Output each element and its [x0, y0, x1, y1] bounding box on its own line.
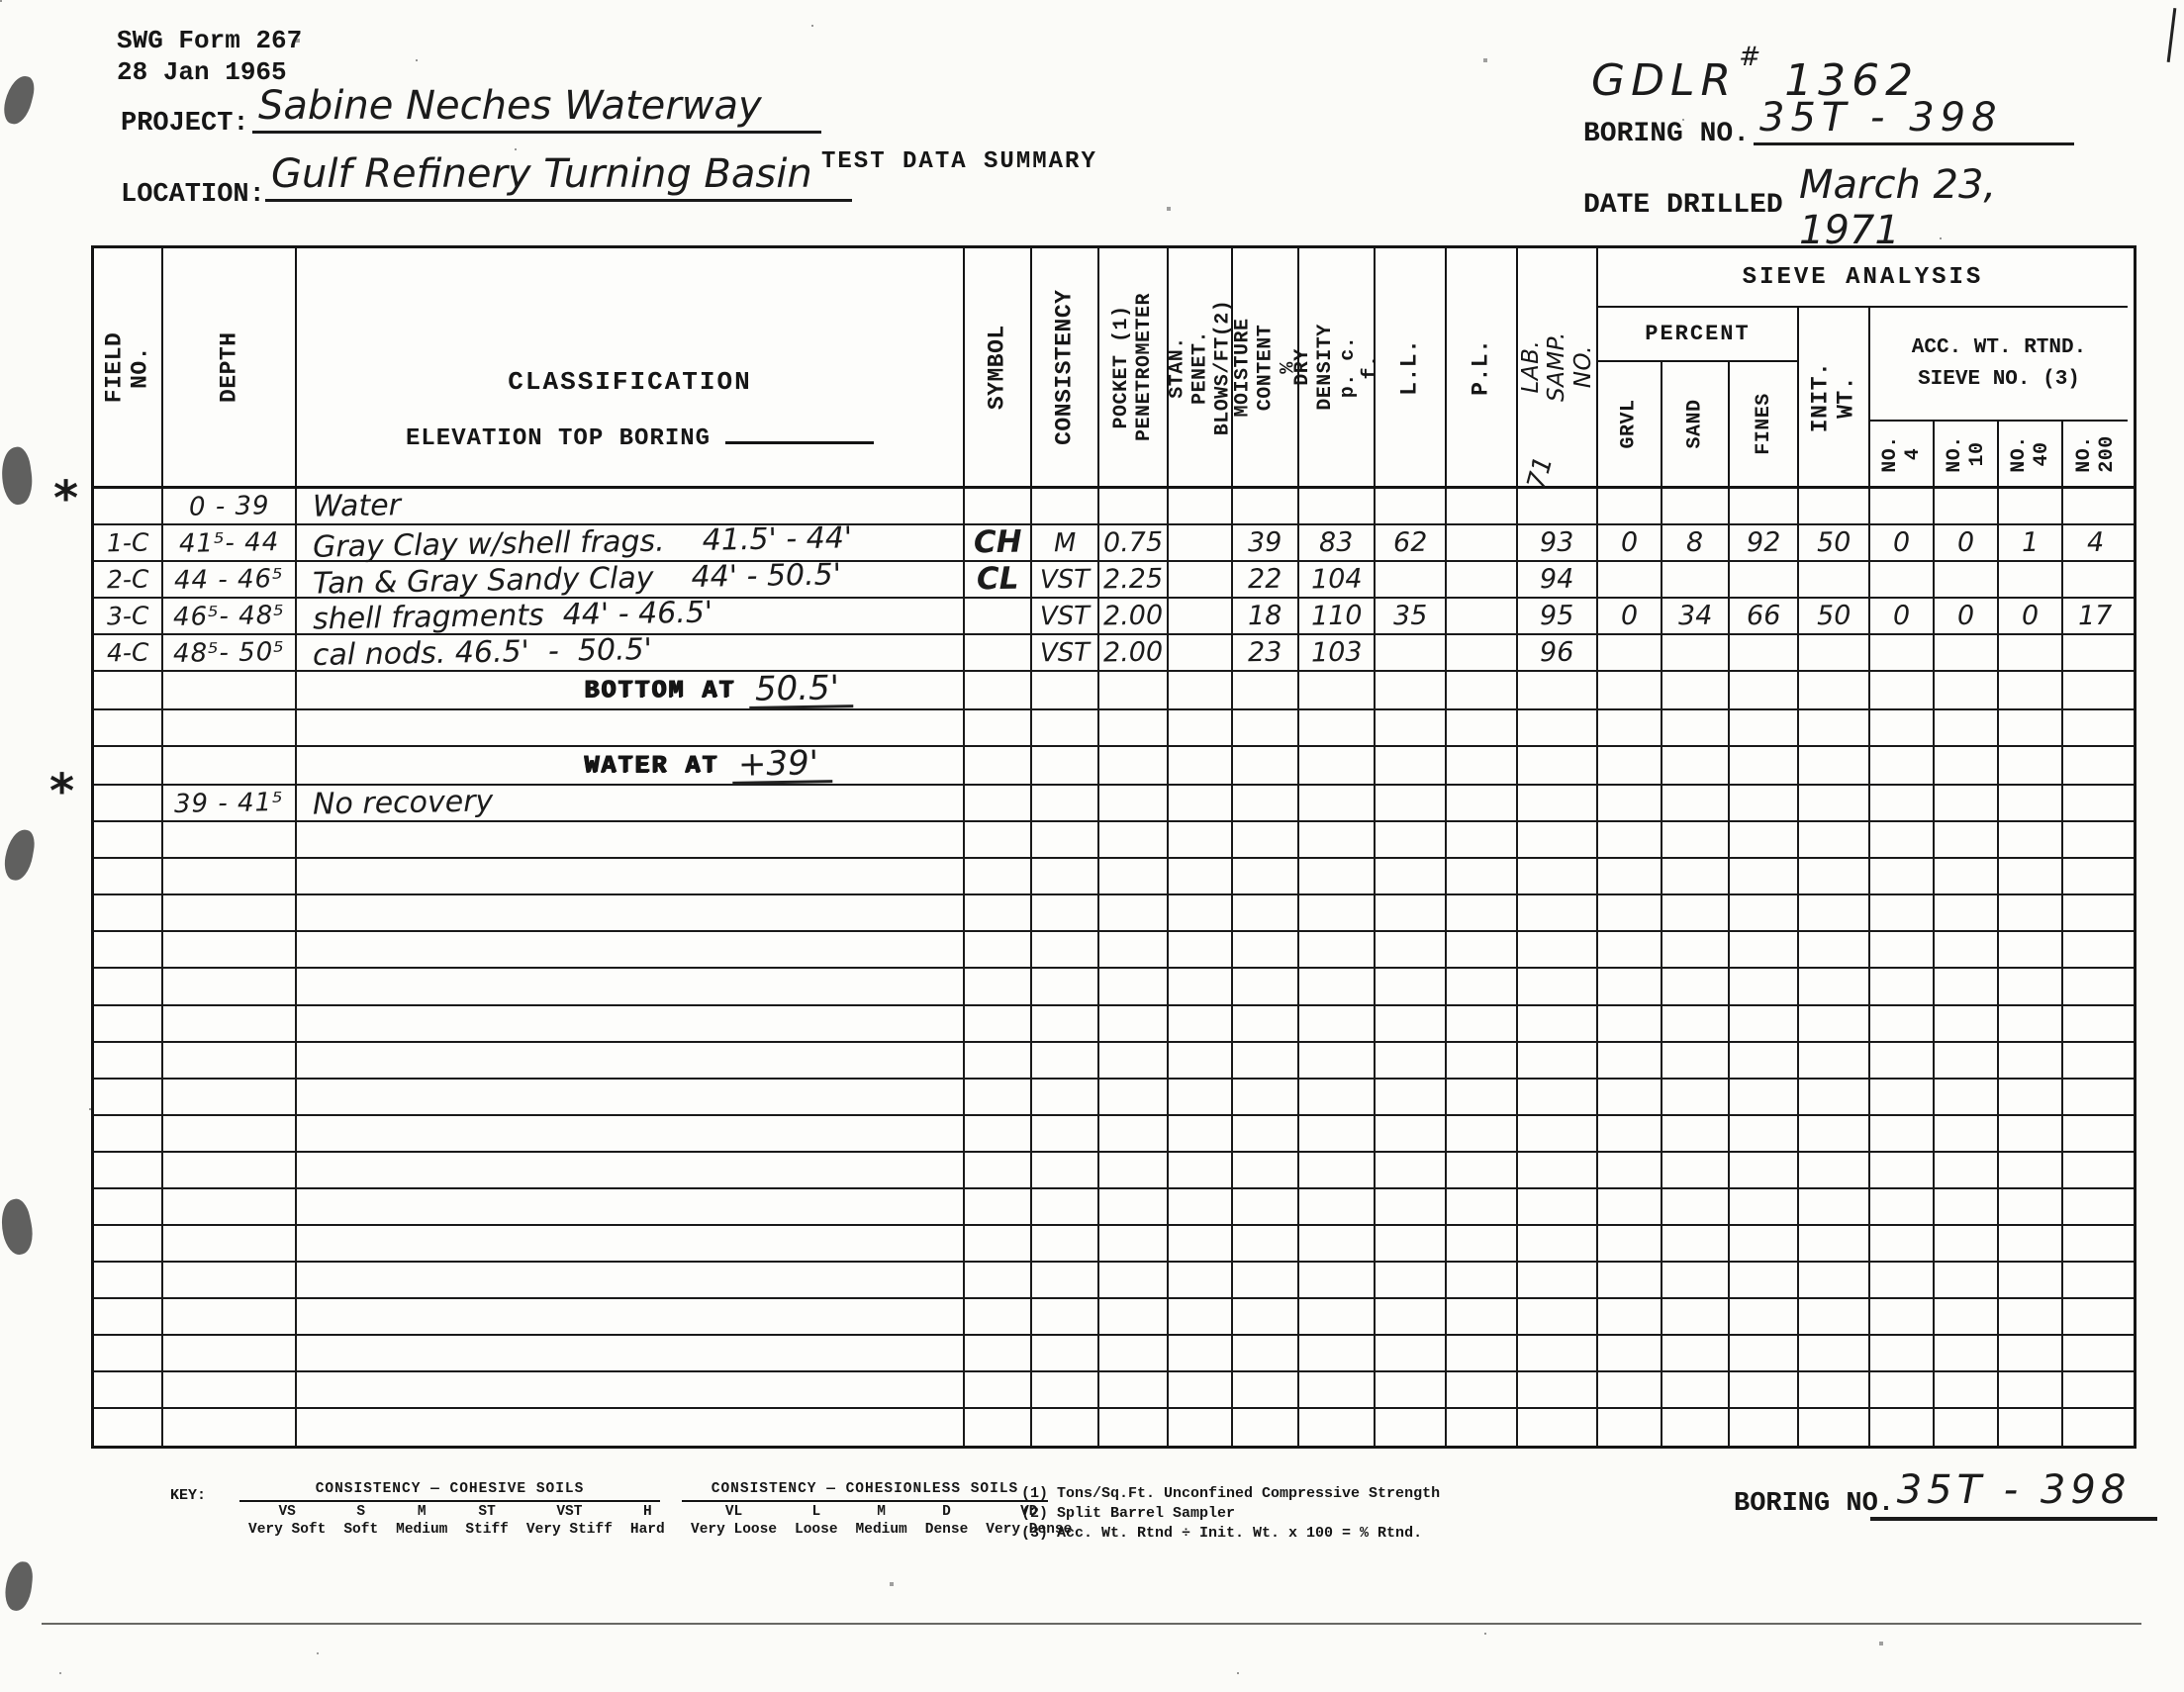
table-cell — [965, 489, 1032, 523]
table-cell — [163, 1116, 297, 1151]
key-item: VSTVery Stiff — [518, 1504, 621, 1538]
table-cell — [1662, 859, 1730, 893]
table-cell — [1730, 895, 1799, 930]
table-cell — [1376, 969, 1447, 1003]
table-cell — [1799, 1299, 1870, 1334]
cell-value: Tan & Gray Sandy Clay 44' - 50.5' — [313, 560, 841, 599]
table-cell — [1662, 562, 1730, 597]
table-cell — [297, 710, 965, 745]
key-cohesionless-items: VLVery LooseLLooseMMediumDDenseVDVery De… — [682, 1504, 1048, 1538]
key-item: SSoft — [334, 1504, 387, 1538]
table-cell: 2.00 — [1099, 635, 1169, 670]
table-cell — [1662, 932, 1730, 967]
table-cell — [94, 1006, 163, 1041]
table-cell — [1598, 635, 1662, 670]
table-cell — [1598, 1043, 1662, 1078]
scan-artifact — [0, 1196, 37, 1257]
table-cell — [2063, 489, 2128, 523]
table-cell — [1870, 1153, 1935, 1187]
header-stan-penet: STAN. PENET. BLOWS/FT(2) — [1169, 248, 1233, 486]
table-cell — [1169, 672, 1233, 708]
cell-value: M — [1054, 529, 1077, 555]
table-cell — [1169, 786, 1233, 820]
table-cell — [2063, 672, 2128, 708]
table-cell — [1935, 635, 1999, 670]
table-cell — [1032, 672, 1099, 708]
table-cell — [94, 859, 163, 893]
table-cell — [1099, 1080, 1169, 1114]
table-cell — [1662, 822, 1730, 857]
table-row: 4-C48⁵- 50⁵cal nods. 46.5' - 50.5'VST2.0… — [94, 635, 2134, 672]
table-cell — [1799, 969, 1870, 1003]
table-cell — [1447, 969, 1518, 1003]
boring-no-value: 35T - 398 — [1754, 95, 2074, 145]
scan-noise — [0, 0, 2, 2]
table-cell — [1376, 1372, 1447, 1407]
table-cell — [1870, 969, 1935, 1003]
table-cell — [1662, 1006, 1730, 1041]
table-row — [94, 1116, 2134, 1153]
cell-value: 39 - 41⁵ — [174, 790, 284, 817]
table-cell — [297, 859, 965, 893]
table-row — [94, 1409, 2134, 1446]
table-cell — [1099, 1189, 1169, 1224]
key-name: Dense — [925, 1522, 969, 1538]
table-cell — [2063, 1336, 2128, 1370]
cell-value: 104 — [1310, 566, 1362, 594]
table-cell — [1598, 747, 1662, 784]
footnotes: (1) Tons/Sq.Ft. Unconfined Compressive S… — [1021, 1484, 1440, 1544]
table-cell — [1870, 1226, 1935, 1261]
table-row — [94, 1189, 2134, 1226]
table-cell — [94, 710, 163, 745]
table-cell: 0 - 39 — [163, 489, 297, 523]
table-cell — [1518, 1189, 1598, 1224]
table-cell — [1518, 1263, 1598, 1297]
table-cell — [1799, 1226, 1870, 1261]
table-cell — [1870, 1372, 1935, 1407]
table-cell — [1870, 1263, 1935, 1297]
cell-value: 103 — [1310, 639, 1362, 667]
cell-value: 4-C — [107, 640, 149, 666]
table-cell — [163, 822, 297, 857]
table-cell — [297, 1116, 965, 1151]
table-row: WATER AT+39' — [94, 747, 2134, 786]
table-cell — [2063, 1299, 2128, 1334]
table-cell — [2063, 1226, 2128, 1261]
table-cell — [1598, 969, 1662, 1003]
elevation-top-boring: ELEVATION TOP BORING — [406, 423, 874, 452]
key-name: Medium — [396, 1522, 447, 1538]
table-cell — [1799, 1336, 1870, 1370]
table-row — [94, 1043, 2134, 1080]
table-cell: 94 — [1518, 562, 1598, 597]
table-cell — [2063, 747, 2128, 784]
table-cell — [1032, 1372, 1099, 1407]
key-legend: KEY: CONSISTENCY — COHESIVE SOILS VSVery… — [170, 1481, 1048, 1538]
table-cell — [1447, 1153, 1518, 1187]
table-cell — [1169, 1116, 1233, 1151]
table-cell — [1518, 932, 1598, 967]
table-cell: 35 — [1376, 599, 1447, 633]
table-cell — [1299, 932, 1376, 967]
table-cell: VST — [1032, 635, 1099, 670]
table-cell — [1598, 1372, 1662, 1407]
cell-value: 0 - 39 — [188, 493, 269, 519]
table-cell — [1935, 1189, 1999, 1224]
table-cell — [163, 1006, 297, 1041]
key-abbr: S — [343, 1504, 378, 1520]
cell-value: 2.00 — [1103, 639, 1164, 667]
cell-value: 39 — [1248, 529, 1282, 557]
table-cell — [94, 1116, 163, 1151]
table-cell — [1299, 1189, 1376, 1224]
table-cell — [1233, 859, 1299, 893]
table-cell — [94, 1372, 163, 1407]
table-cell — [163, 672, 297, 708]
page-bottom-rule — [42, 1623, 2141, 1625]
table-cell — [965, 635, 1032, 670]
table-cell — [1099, 969, 1169, 1003]
table-cell — [1598, 1116, 1662, 1151]
table-cell — [1299, 1080, 1376, 1114]
table-cell — [1518, 786, 1598, 820]
table-cell — [1999, 1006, 2063, 1041]
table-cell — [1447, 1409, 1518, 1446]
table-cell — [1999, 1372, 2063, 1407]
table-cell — [1662, 1409, 1730, 1446]
table-cell — [1376, 1116, 1447, 1151]
table-cell — [94, 1153, 163, 1187]
table-cell — [1662, 489, 1730, 523]
table-cell — [1518, 1080, 1598, 1114]
table-cell: VST — [1032, 562, 1099, 597]
table-cell — [2063, 969, 2128, 1003]
table-cell — [1032, 1226, 1099, 1261]
cell-value: 2.00 — [1103, 603, 1164, 630]
table-cell — [1999, 895, 2063, 930]
table-cell — [1518, 969, 1598, 1003]
table-cell — [1447, 1299, 1518, 1334]
table-cell — [1935, 562, 1999, 597]
table-cell — [1299, 1409, 1376, 1446]
table-cell — [1999, 635, 2063, 670]
table-row — [94, 1372, 2134, 1409]
cell-value: 34 — [1678, 603, 1713, 630]
table-cell — [1447, 747, 1518, 784]
table-cell — [1518, 859, 1598, 893]
table-cell — [1169, 562, 1233, 597]
table-cell — [1169, 1043, 1233, 1078]
table-cell — [1518, 1299, 1598, 1334]
table-cell — [297, 1409, 965, 1446]
table-cell — [1999, 1409, 2063, 1446]
table-cell — [1870, 895, 1935, 930]
table-cell — [1099, 895, 1169, 930]
table-cell: 0 — [1870, 599, 1935, 633]
table-cell — [1799, 1006, 1870, 1041]
cell-value: 0 — [1893, 603, 1911, 629]
table-body: 0 - 39Water1-C41⁵- 44Gray Clay w/shell f… — [94, 489, 2134, 1446]
elevation-blank — [725, 423, 874, 444]
table-cell — [163, 1336, 297, 1370]
table-cell — [1447, 1226, 1518, 1261]
table-cell — [1799, 710, 1870, 745]
table-cell — [1032, 710, 1099, 745]
table-cell — [1730, 1336, 1799, 1370]
key-cohesionless-group: CONSISTENCY — COHESIONLESS SOILS VLVery … — [682, 1481, 1048, 1538]
table-cell — [1598, 859, 1662, 893]
lab-note-71: 71 — [1522, 453, 1560, 493]
table-cell — [1935, 1043, 1999, 1078]
key-item: HHard — [621, 1504, 674, 1538]
cell-value: VST — [1040, 603, 1091, 629]
scan-artifact — [0, 445, 36, 507]
table-cell — [163, 1372, 297, 1407]
cell-value: 48⁵- 50⁵ — [173, 639, 285, 667]
table-cell — [1999, 1263, 2063, 1297]
table-cell — [94, 672, 163, 708]
table-cell — [1032, 1263, 1099, 1297]
table-cell — [1299, 489, 1376, 523]
table-cell — [1730, 747, 1799, 784]
table-cell: 0 — [1870, 525, 1935, 560]
page-title: TEST DATA SUMMARY — [821, 148, 1097, 175]
table-row — [94, 1263, 2134, 1299]
cell-value: 0 — [1893, 529, 1911, 556]
table-cell — [1376, 1263, 1447, 1297]
cell-value: 110 — [1310, 603, 1362, 630]
table-cell — [1099, 710, 1169, 745]
table-cell — [965, 1153, 1032, 1187]
cell-value: 22 — [1248, 566, 1282, 594]
table-cell — [1935, 1006, 1999, 1041]
table-cell — [94, 1043, 163, 1078]
table-cell — [2063, 1372, 2128, 1407]
key-abbr: ST — [465, 1504, 509, 1520]
table-cell: 23 — [1233, 635, 1299, 670]
table-cell: 110 — [1299, 599, 1376, 633]
table-cell — [1598, 1080, 1662, 1114]
table-cell — [1662, 710, 1730, 745]
table-cell: 0 — [1935, 599, 1999, 633]
stamp-label: BOTTOM AT — [584, 676, 735, 705]
table-cell — [2063, 822, 2128, 857]
table-cell — [297, 1299, 965, 1334]
table-cell — [1233, 895, 1299, 930]
header-grvl: GRVL — [1598, 362, 1662, 486]
table-cell — [94, 489, 163, 523]
table-cell — [1799, 1080, 1870, 1114]
date-drilled-value: March 23, 1971 — [1793, 162, 2104, 258]
table-row: 2-C44 - 46⁵Tan & Gray Sandy Clay 44' - 5… — [94, 562, 2134, 599]
table-cell — [1870, 1043, 1935, 1078]
table-cell — [1870, 1409, 1935, 1446]
table-cell — [1730, 1080, 1799, 1114]
table-cell — [1730, 859, 1799, 893]
table-cell — [1662, 1189, 1730, 1224]
table-cell — [1999, 672, 2063, 708]
table-cell: CH — [965, 525, 1032, 560]
key-item: STStiff — [456, 1504, 518, 1538]
key-label: KEY: — [170, 1487, 206, 1504]
scan-artifact — [3, 1560, 34, 1612]
date-drilled-label: DATE DRILLED — [1583, 190, 1783, 221]
cell-value: 94 — [1540, 566, 1574, 594]
table-cell — [297, 1189, 965, 1224]
table-cell — [965, 1043, 1032, 1078]
table-row — [94, 1299, 2134, 1336]
cell-value: 50 — [1817, 603, 1852, 630]
cell-value: 0 — [1957, 529, 1975, 556]
table-cell — [1662, 1372, 1730, 1407]
table-cell — [1032, 1336, 1099, 1370]
footnote-3: (3) Acc. Wt. Rtnd ÷ Init. Wt. x 100 = % … — [1021, 1524, 1440, 1544]
table-cell — [965, 747, 1032, 784]
cell-value: 0 — [2022, 603, 2040, 629]
table-cell — [1447, 525, 1518, 560]
location-value: Gulf Refinery Turning Basin — [265, 151, 852, 202]
table-cell — [1935, 1116, 1999, 1151]
table-cell — [2063, 562, 2128, 597]
table-cell — [1376, 1080, 1447, 1114]
table-cell — [94, 822, 163, 857]
table-cell — [1598, 672, 1662, 708]
table-cell — [1299, 1336, 1376, 1370]
table-cell: 41⁵- 44 — [163, 525, 297, 560]
table-cell: 39 - 41⁵ — [163, 786, 297, 820]
table-cell — [1447, 1336, 1518, 1370]
table-cell — [94, 895, 163, 930]
table-cell — [965, 1189, 1032, 1224]
table-cell — [1099, 1409, 1169, 1446]
table-cell — [1999, 1226, 2063, 1261]
table-cell — [1376, 710, 1447, 745]
table-cell: 17 — [2063, 599, 2128, 633]
table-cell — [1233, 822, 1299, 857]
cell-value: 96 — [1540, 639, 1574, 667]
footnote-1: (1) Tons/Sq.Ft. Unconfined Compressive S… — [1021, 1484, 1440, 1504]
table-cell — [94, 786, 163, 820]
table-cell — [1799, 822, 1870, 857]
header-symbol: SYMBOL — [965, 248, 1032, 486]
table-row — [94, 710, 2134, 747]
table-cell — [163, 1263, 297, 1297]
table-cell — [1376, 1336, 1447, 1370]
table-cell — [2063, 1116, 2128, 1151]
table-cell — [1870, 1189, 1935, 1224]
table-cell — [1299, 1372, 1376, 1407]
table-cell — [1299, 786, 1376, 820]
table-cell — [1598, 895, 1662, 930]
table-cell — [1799, 635, 1870, 670]
table-cell — [965, 1006, 1032, 1041]
key-name: Very Stiff — [526, 1522, 613, 1538]
table-cell — [1518, 1116, 1598, 1151]
key-name: Medium — [856, 1522, 907, 1538]
table-cell — [1662, 635, 1730, 670]
table-cell — [1518, 895, 1598, 930]
table-cell: 0 — [1935, 525, 1999, 560]
table-cell — [1935, 822, 1999, 857]
table-row — [94, 1336, 2134, 1372]
table-cell — [1730, 1006, 1799, 1041]
table-cell — [1233, 1263, 1299, 1297]
table-cell — [1935, 895, 1999, 930]
table-cell — [163, 895, 297, 930]
table-cell — [2063, 1189, 2128, 1224]
table-cell — [1730, 1153, 1799, 1187]
cell-value: 17 — [2078, 603, 2113, 630]
table-cell: 2.00 — [1099, 599, 1169, 633]
key-abbr: H — [630, 1504, 665, 1520]
scan-artifact — [2, 827, 38, 883]
table-cell — [1730, 822, 1799, 857]
key-item: LLoose — [786, 1504, 847, 1538]
table-cell — [1999, 1153, 2063, 1187]
table-row — [94, 1153, 2134, 1189]
table-cell — [1299, 969, 1376, 1003]
table-cell — [1730, 1189, 1799, 1224]
table-cell — [1169, 1080, 1233, 1114]
table-cell — [1730, 1116, 1799, 1151]
table-cell — [965, 969, 1032, 1003]
table-cell — [1032, 932, 1099, 967]
table-cell — [1999, 1189, 2063, 1224]
table-cell — [1032, 859, 1099, 893]
table-cell — [1169, 1409, 1233, 1446]
table-cell — [1169, 1372, 1233, 1407]
table-cell — [1999, 562, 2063, 597]
stamp-value: 50.5' — [749, 671, 854, 709]
key-abbr: L — [795, 1504, 838, 1520]
table-cell — [1099, 1043, 1169, 1078]
table-cell — [94, 1226, 163, 1261]
table-cell — [1730, 672, 1799, 708]
table-cell: 18 — [1233, 599, 1299, 633]
table-cell — [1376, 1189, 1447, 1224]
table-cell — [1518, 710, 1598, 745]
table-cell: 93 — [1518, 525, 1598, 560]
table-cell — [1799, 1409, 1870, 1446]
table-cell — [1299, 1226, 1376, 1261]
table-cell — [1376, 747, 1447, 784]
table-cell — [1518, 1226, 1598, 1261]
table-cell — [1730, 1299, 1799, 1334]
cell-value: 95 — [1540, 603, 1574, 630]
table-cell: VST — [1032, 599, 1099, 633]
table-cell — [1662, 969, 1730, 1003]
table-cell — [1935, 747, 1999, 784]
table-cell — [1099, 932, 1169, 967]
table-cell — [1799, 747, 1870, 784]
cell-value: 41⁵- 44 — [179, 529, 280, 557]
table-cell — [965, 786, 1032, 820]
table-cell — [1518, 489, 1598, 523]
table-cell — [1376, 672, 1447, 708]
table-cell — [1662, 1263, 1730, 1297]
cell-value: Gray Clay w/shell frags. 41.5' - 44' — [313, 523, 853, 563]
table-cell — [94, 1189, 163, 1224]
table-header: FIELD NO. DEPTH CLASSIFICATION ELEVATION… — [94, 248, 2134, 489]
table-cell — [1518, 747, 1598, 784]
table-cell — [163, 1409, 297, 1446]
table-cell — [1999, 786, 2063, 820]
table-cell — [1999, 822, 2063, 857]
cell-value: Water — [313, 491, 401, 522]
table-cell — [1299, 1116, 1376, 1151]
table-cell: WATER AT+39' — [297, 747, 965, 784]
